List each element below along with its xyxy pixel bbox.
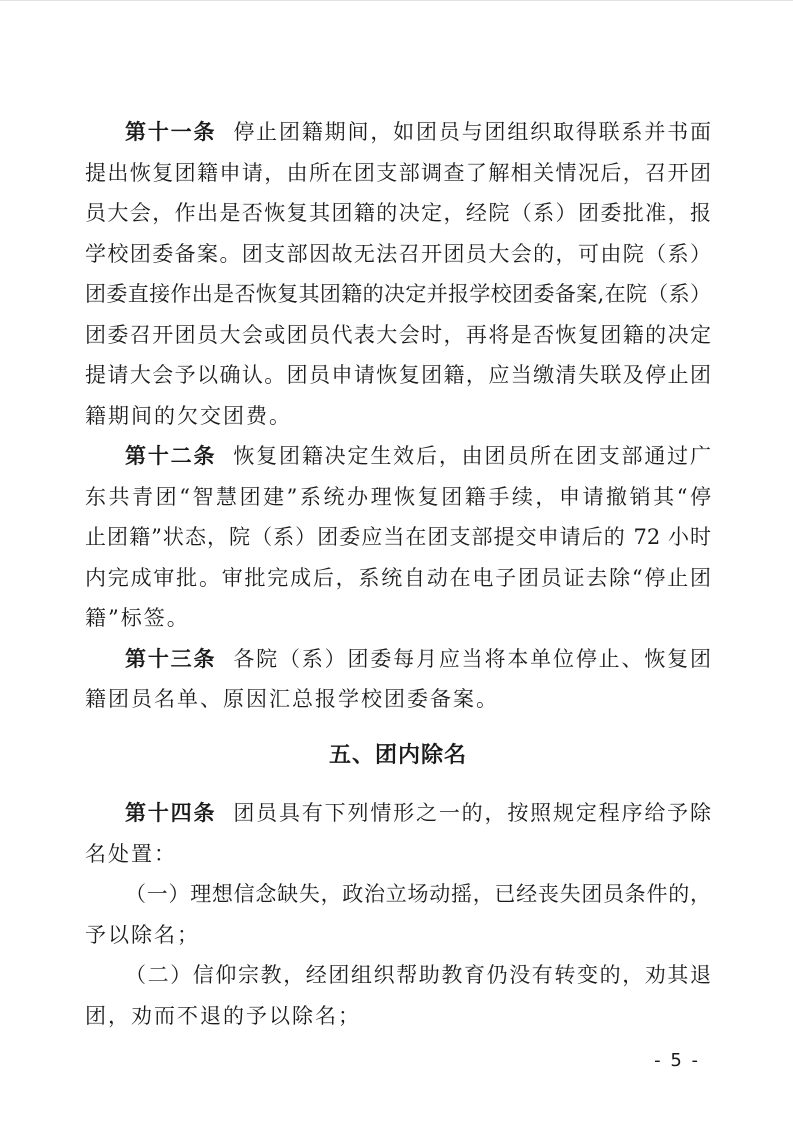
text-line: 第十三条各院（系）团委每月应当将本单位停止、恢复团 bbox=[85, 639, 711, 680]
article-number: 第十三条 bbox=[125, 646, 216, 671]
text-line: 员大会，作出是否恢复其团籍的决定，经院（系）团委批准，报 bbox=[85, 193, 711, 234]
document-page: 第十一条停止团籍期间，如团员与团组织取得联系并书面 提出恢复团籍申请，由所在团支… bbox=[0, 0, 793, 1122]
text-line: 籍期间的欠交团费。 bbox=[85, 396, 711, 437]
text-line: 团委召开团员大会或团员代表大会时，再将是否恢复团籍的决定 bbox=[85, 315, 711, 356]
text-line: 提出恢复团籍申请，由所在团支部调查了解相关情况后，召开团 bbox=[85, 153, 711, 194]
article-paragraph: 第十三条各院（系）团委每月应当将本单位停止、恢复团 籍团员名单、原因汇总报学校团… bbox=[85, 639, 711, 720]
text-line: （一）理想信念缺失，政治立场动摇，已经丧失团员条件的， bbox=[85, 874, 711, 915]
text-line: 第十四条团员具有下列情形之一的，按照规定程序给予除 bbox=[85, 793, 711, 834]
article-number: 第十二条 bbox=[125, 443, 216, 468]
article-number: 第十一条 bbox=[125, 119, 216, 144]
article-number: 第十四条 bbox=[125, 800, 216, 825]
text-line: 第十二条恢复团籍决定生效后，由团员所在团支部通过广 bbox=[85, 436, 711, 477]
text-line: 提请大会予以确认。团员申请恢复团籍，应当缴清失联及停止团 bbox=[85, 355, 711, 396]
section-heading: 五、团内除名 bbox=[85, 736, 711, 777]
article-lead-text: 恢复团籍决定生效后，由团员所在团支部通过广 bbox=[233, 444, 711, 468]
text-line: （二）信仰宗教，经团组织帮助教育仍没有转变的，劝其退 bbox=[85, 955, 711, 996]
text-line: 予以除名； bbox=[85, 915, 711, 956]
text-line: 第十一条停止团籍期间，如团员与团组织取得联系并书面 bbox=[85, 112, 711, 153]
article-paragraph: 第十四条团员具有下列情形之一的，按照规定程序给予除 名处置： bbox=[85, 793, 711, 874]
text-line: 名处置： bbox=[85, 834, 711, 875]
text-line: 学校团委备案。团支部因故无法召开团员大会的，可由院（系） bbox=[85, 234, 711, 275]
article-paragraph: 第十二条恢复团籍决定生效后，由团员所在团支部通过广 东共青团“智慧团建”系统办理… bbox=[85, 436, 711, 639]
article-paragraph: 第十一条停止团籍期间，如团员与团组织取得联系并书面 提出恢复团籍申请，由所在团支… bbox=[85, 112, 711, 436]
text-line: 籍”标签。 bbox=[85, 598, 711, 639]
text-line: 东共青团“智慧团建”系统办理恢复团籍手续，申请撤销其“停 bbox=[85, 477, 711, 518]
text-line: 团委直接作出是否恢复其团籍的决定并报学校团委备案,在院（系） bbox=[85, 274, 711, 315]
text-line: 团，劝而不退的予以除名； bbox=[85, 996, 711, 1037]
document-body: 第十一条停止团籍期间，如团员与团组织取得联系并书面 提出恢复团籍申请，由所在团支… bbox=[85, 112, 711, 1036]
text-line: 籍团员名单、原因汇总报学校团委备案。 bbox=[85, 679, 711, 720]
text-line: 止团籍”状态，院（系）团委应当在团支部提交申请后的 72 小时 bbox=[85, 517, 711, 558]
list-item-paragraph: （二）信仰宗教，经团组织帮助教育仍没有转变的，劝其退 团，劝而不退的予以除名； bbox=[85, 955, 711, 1036]
text-line: 内完成审批。审批完成后，系统自动在电子团员证去除“停止团 bbox=[85, 558, 711, 599]
page-number: - 5 - bbox=[654, 1050, 700, 1071]
article-lead-text: 停止团籍期间，如团员与团组织取得联系并书面 bbox=[233, 120, 711, 144]
article-lead-text: 各院（系）团委每月应当将本单位停止、恢复团 bbox=[233, 647, 711, 671]
list-item-paragraph: （一）理想信念缺失，政治立场动摇，已经丧失团员条件的， 予以除名； bbox=[85, 874, 711, 955]
article-lead-text: 团员具有下列情形之一的，按照规定程序给予除 bbox=[233, 801, 711, 825]
